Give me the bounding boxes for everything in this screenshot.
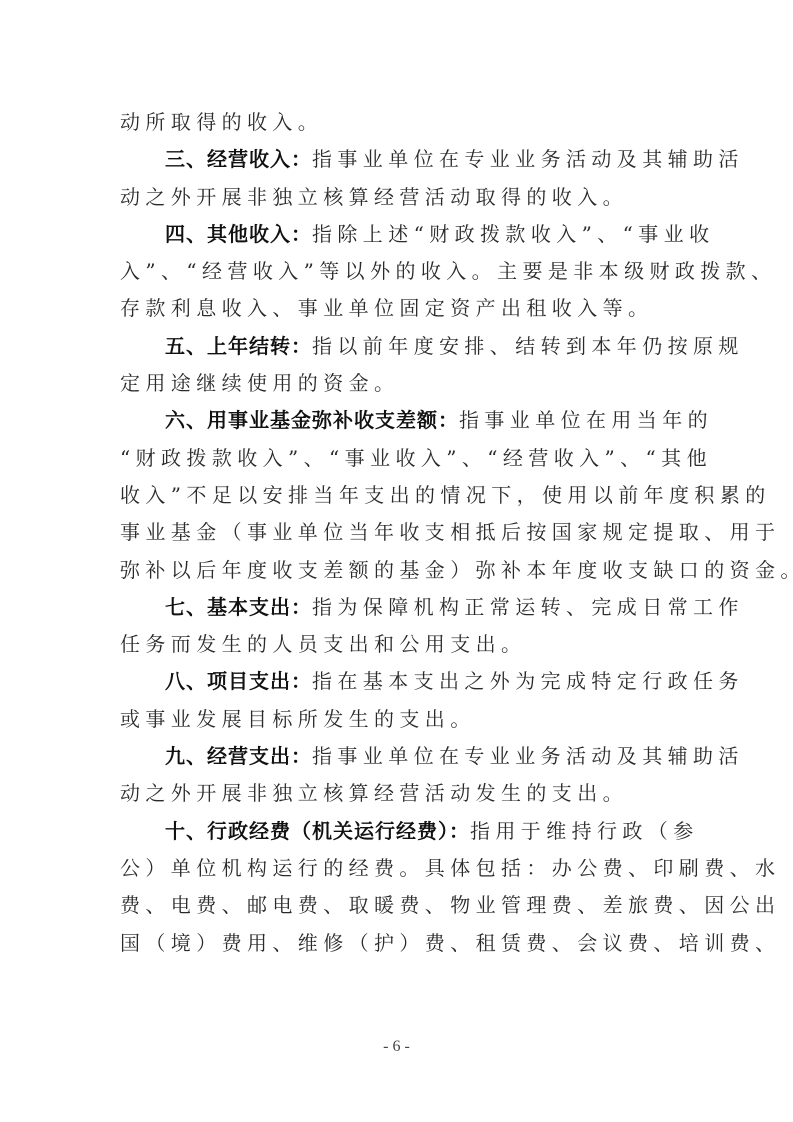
text-line: “财政拨款收入”、“事业收入”、“经营收入”、“其他 <box>120 440 676 477</box>
line-text: 动之外开展非独立核算经营活动发生的支出。 <box>120 781 628 805</box>
line-text: 或事业发展目标所发生的支出。 <box>120 707 476 731</box>
line-text: 指为保障机构正常运转、完成日常工作 <box>312 595 744 619</box>
section-heading: 四、其他收入： <box>165 222 312 246</box>
text-line: 六、用事业基金弥补收支差额：指事业单位在用当年的 <box>120 402 676 439</box>
text-line: 或事业发展目标所发生的支出。 <box>120 701 676 738</box>
section-heading: 三、经营收入： <box>165 147 312 171</box>
line-text: 指除上述“财政拨款收入”、“事业收 <box>312 222 714 246</box>
text-line: 动之外开展非独立核算经营活动取得的收入。 <box>120 179 676 216</box>
section-heading: 五、上年结转： <box>165 334 312 358</box>
line-text: 指以前年度安排、结转到本年仍按原规 <box>312 334 744 358</box>
section-heading: 七、基本支出： <box>165 595 312 619</box>
page-number: - 6 - <box>0 1038 793 1056</box>
document-body: 动所取得的收入。 三、经营收入：指事业单位在专业业务活动及其辅助活 动之外开展非… <box>120 104 676 962</box>
line-text: 定用途继续使用的资金。 <box>120 371 399 395</box>
line-text: 动之外开展非独立核算经营活动取得的收入。 <box>120 185 628 209</box>
text-line: 四、其他收入：指除上述“财政拨款收入”、“事业收 <box>120 216 676 253</box>
text-line: 事业基金（事业单位当年收支相抵后按国家规定提取、用于 <box>120 514 676 551</box>
text-line: 动所取得的收入。 <box>120 104 676 141</box>
line-text: 指事业单位在专业业务活动及其辅助活 <box>312 744 744 768</box>
text-line: 八、项目支出：指在基本支出之外为完成特定行政任务 <box>120 663 676 700</box>
text-line: 七、基本支出：指为保障机构正常运转、完成日常工作 <box>120 589 676 626</box>
line-text: 指事业单位在用当年的 <box>459 408 713 432</box>
line-text: 公）单位机构运行的经费。具体包括：办公费、印刷费、水 <box>120 856 780 880</box>
line-text: “财政拨款收入”、“事业收入”、“经营收入”、“其他 <box>120 446 712 470</box>
line-text: 弥补以后年度收支差额的基金）弥补本年度收支缺口的资金。 <box>120 558 793 582</box>
text-line: 收入”不足以安排当年支出的情况下，使用以前年度积累的 <box>120 477 676 514</box>
section-heading: 六、用事业基金弥补收支差额： <box>165 408 459 432</box>
text-line: 九、经营支出：指事业单位在专业业务活动及其辅助活 <box>120 738 676 775</box>
line-text: 任务而发生的人员支出和公用支出。 <box>120 632 526 656</box>
text-line: 任务而发生的人员支出和公用支出。 <box>120 626 676 663</box>
text-line: 五、上年结转：指以前年度安排、结转到本年仍按原规 <box>120 328 676 365</box>
text-line: 动之外开展非独立核算经营活动发生的支出。 <box>120 775 676 812</box>
text-line: 弥补以后年度收支差额的基金）弥补本年度收支缺口的资金。 <box>120 552 676 589</box>
line-text: 费、电费、邮电费、取暖费、物业管理费、差旅费、因公出 <box>120 893 780 917</box>
text-line: 国（境）费用、维修（护）费、租赁费、会议费、培训费、 <box>120 925 676 962</box>
line-text: 事业基金（事业单位当年收支相抵后按国家规定提取、用于 <box>120 520 780 544</box>
text-line: 三、经营收入：指事业单位在专业业务活动及其辅助活 <box>120 141 676 178</box>
text-line: 定用途继续使用的资金。 <box>120 365 676 402</box>
section-heading: 八、项目支出： <box>165 669 312 693</box>
line-text: 动所取得的收入。 <box>120 110 323 134</box>
text-line: 费、电费、邮电费、取暖费、物业管理费、差旅费、因公出 <box>120 887 676 924</box>
document-page: 动所取得的收入。 三、经营收入：指事业单位在专业业务活动及其辅助活 动之外开展非… <box>0 0 793 1122</box>
line-text: 存款利息收入、事业单位固定资产出租收入等。 <box>120 296 653 320</box>
section-heading: 十、行政经费（机关运行经费）： <box>165 819 470 843</box>
line-text: 指事业单位在专业业务活动及其辅助活 <box>312 147 744 171</box>
line-text: 指用于维持行政（参 <box>470 819 699 843</box>
line-text: 入”、“经营收入”等以外的收入。主要是非本级财政拨款、 <box>120 259 776 283</box>
text-line: 入”、“经营收入”等以外的收入。主要是非本级财政拨款、 <box>120 253 676 290</box>
text-line: 十、行政经费（机关运行经费）：指用于维持行政（参 <box>120 813 676 850</box>
section-heading: 九、经营支出： <box>165 744 312 768</box>
line-text: 指在基本支出之外为完成特定行政任务 <box>312 669 744 693</box>
text-line: 存款利息收入、事业单位固定资产出租收入等。 <box>120 290 676 327</box>
line-text: 国（境）费用、维修（护）费、租赁费、会议费、培训费、 <box>120 931 780 955</box>
line-text: 收入”不足以安排当年支出的情况下，使用以前年度积累的 <box>120 483 771 507</box>
text-line: 公）单位机构运行的经费。具体包括：办公费、印刷费、水 <box>120 850 676 887</box>
